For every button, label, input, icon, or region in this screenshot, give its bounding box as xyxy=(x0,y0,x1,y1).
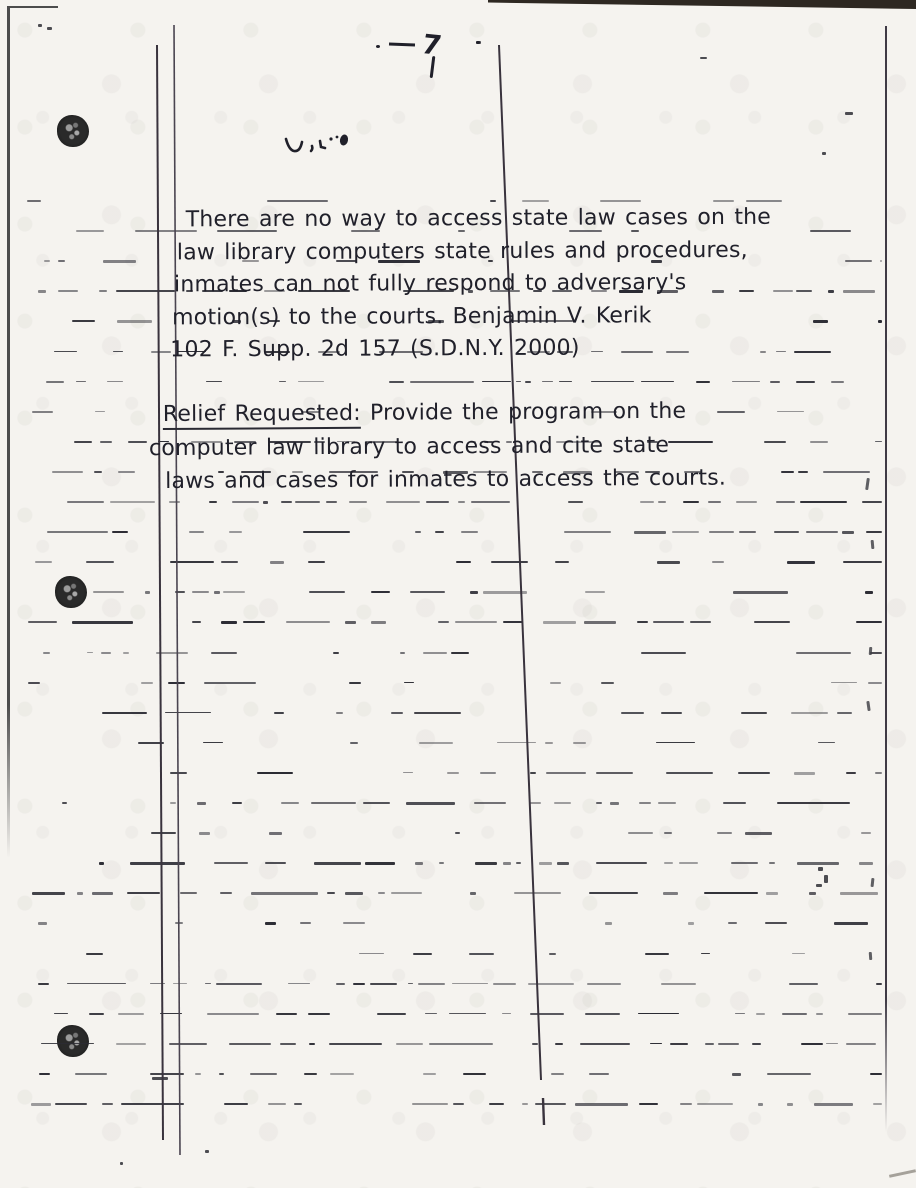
margin-line-right xyxy=(174,25,180,1155)
scanned-document-page: { "page": { "page_mark": "7" }, "body": … xyxy=(0,0,916,1188)
handwritten-line: motion(s) to the courts. Benjamin V. Ker… xyxy=(172,299,812,334)
handwritten-line: law library computers state rules and pr… xyxy=(177,234,812,269)
page-mark-dot xyxy=(376,45,380,48)
relief-line1-rest: Provide the program on the xyxy=(361,399,687,426)
handwritten-line: inmates can not fully respond to adversa… xyxy=(174,267,812,302)
handwritten-line: laws and cases for inmates to access the… xyxy=(165,461,823,499)
handwritten-line-citation: 102 F. Supp. 2d 157 (S.D.N.Y. 2000) xyxy=(170,332,812,367)
center-fold-line xyxy=(499,45,541,1080)
relief-requested-heading: Relief Requested: xyxy=(163,401,361,430)
center-fold-line-tail xyxy=(543,1098,544,1125)
page-mark-dot2 xyxy=(476,41,480,44)
handwritten-line: Relief Requested: Provide the program on… xyxy=(163,394,823,432)
margin-line-left xyxy=(157,45,163,1140)
line-overlay xyxy=(0,0,916,1188)
ink-scribble xyxy=(286,134,349,151)
handwritten-line: There are no way to access state law cas… xyxy=(186,202,812,237)
handwritten-line: computer law library to access and cite … xyxy=(149,427,823,465)
handwritten-paragraph-1: There are no way to access state law cas… xyxy=(172,202,813,368)
handwritten-paragraph-relief: Relief Requested: Provide the program on… xyxy=(163,394,824,499)
